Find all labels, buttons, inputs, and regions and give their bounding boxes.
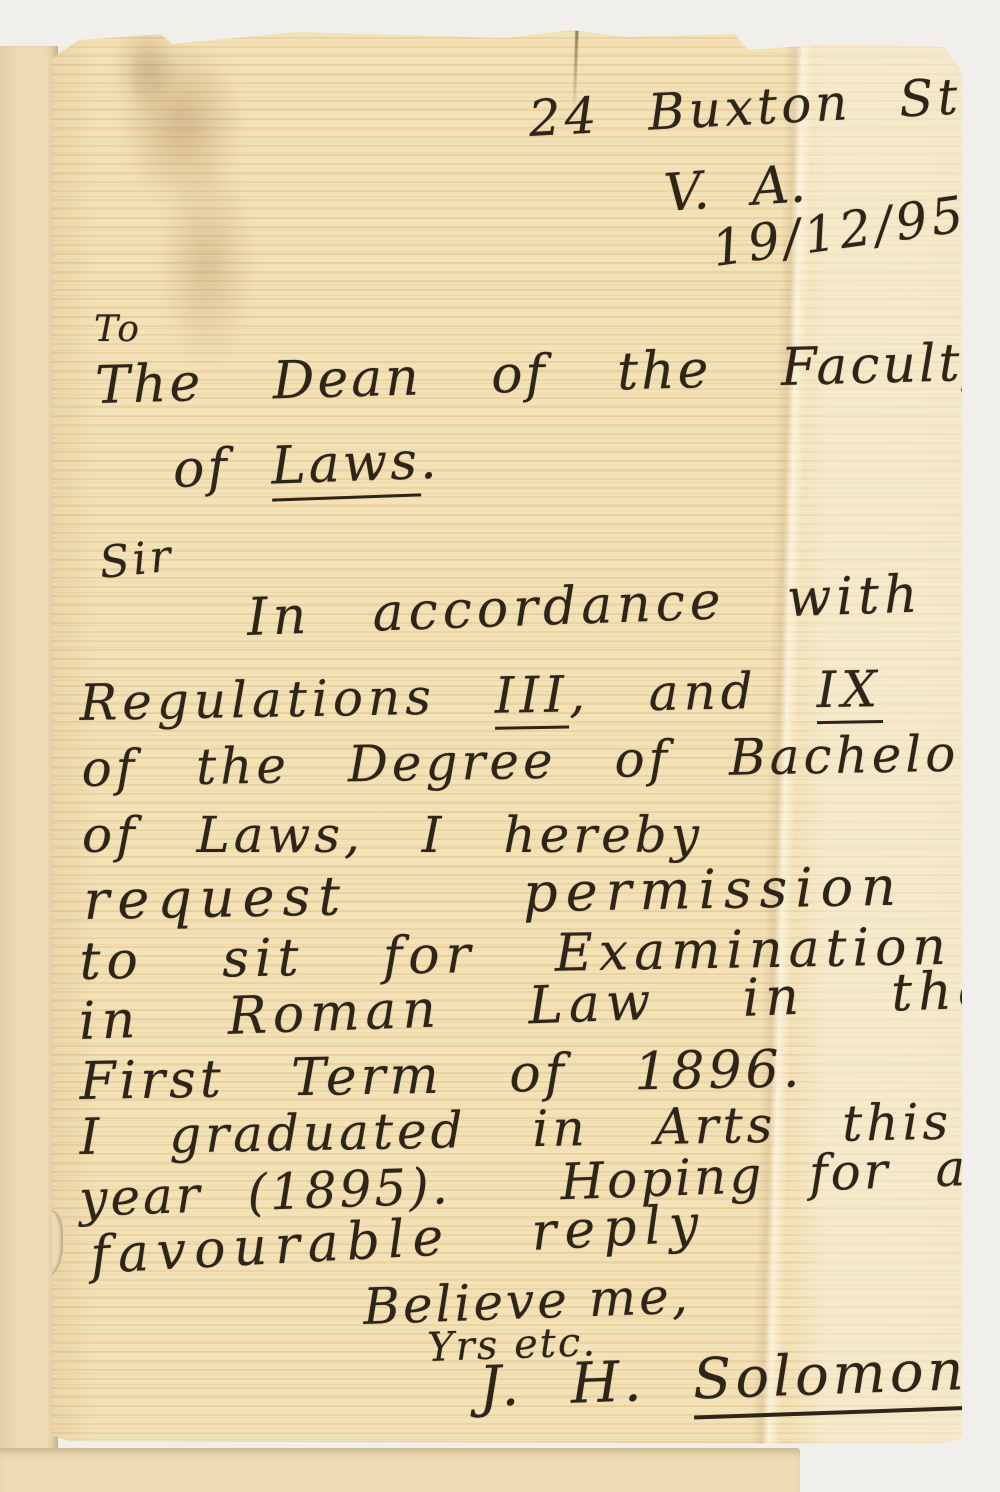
letter-page: 24 Buxton St. V. A. 19/12/95. To The Dea…	[52, 28, 962, 1444]
regulation-number-1: III	[494, 665, 569, 729]
body-line-3: of the Degree of Bachelor	[81, 728, 988, 794]
recipient-line-2-pre: of	[172, 437, 272, 500]
body-line-1: In accordance with	[246, 568, 923, 644]
underlying-page-left-edge	[0, 46, 58, 1492]
underlying-page-bottom-edge	[0, 1448, 800, 1492]
recipient-line-1: The Dean of the Faculty	[95, 336, 996, 412]
signature-surname: Solomon	[692, 1338, 975, 1420]
recipient-line-2: of Laws.	[172, 435, 440, 496]
address-line-1: 24 Buxton St.	[527, 70, 982, 144]
body-line-2-pre: Regulations	[79, 667, 495, 732]
body-line-2: Regulations III, and IX	[79, 664, 882, 728]
corner-crease-mark	[910, 30, 965, 55]
signature-line: J. H. Solomon.	[478, 1342, 996, 1416]
body-line-4: of Laws, I hereby	[82, 810, 703, 860]
recipient-line-2-post: .	[419, 431, 441, 492]
regulation-number-2: IX	[816, 660, 882, 724]
to-label: To	[94, 312, 141, 348]
recipient-line-2-underlined: Laws	[270, 431, 421, 501]
scanned-letter-view: 24 Buxton St. V. A. 19/12/95. To The Dea…	[0, 0, 1000, 1492]
body-line-2-mid: , and	[568, 661, 817, 723]
body-line-5: request permission	[83, 860, 904, 928]
salutation: Sir	[97, 534, 175, 586]
signature-post: .	[972, 1337, 996, 1403]
signature-initials: J. H.	[478, 1348, 694, 1420]
